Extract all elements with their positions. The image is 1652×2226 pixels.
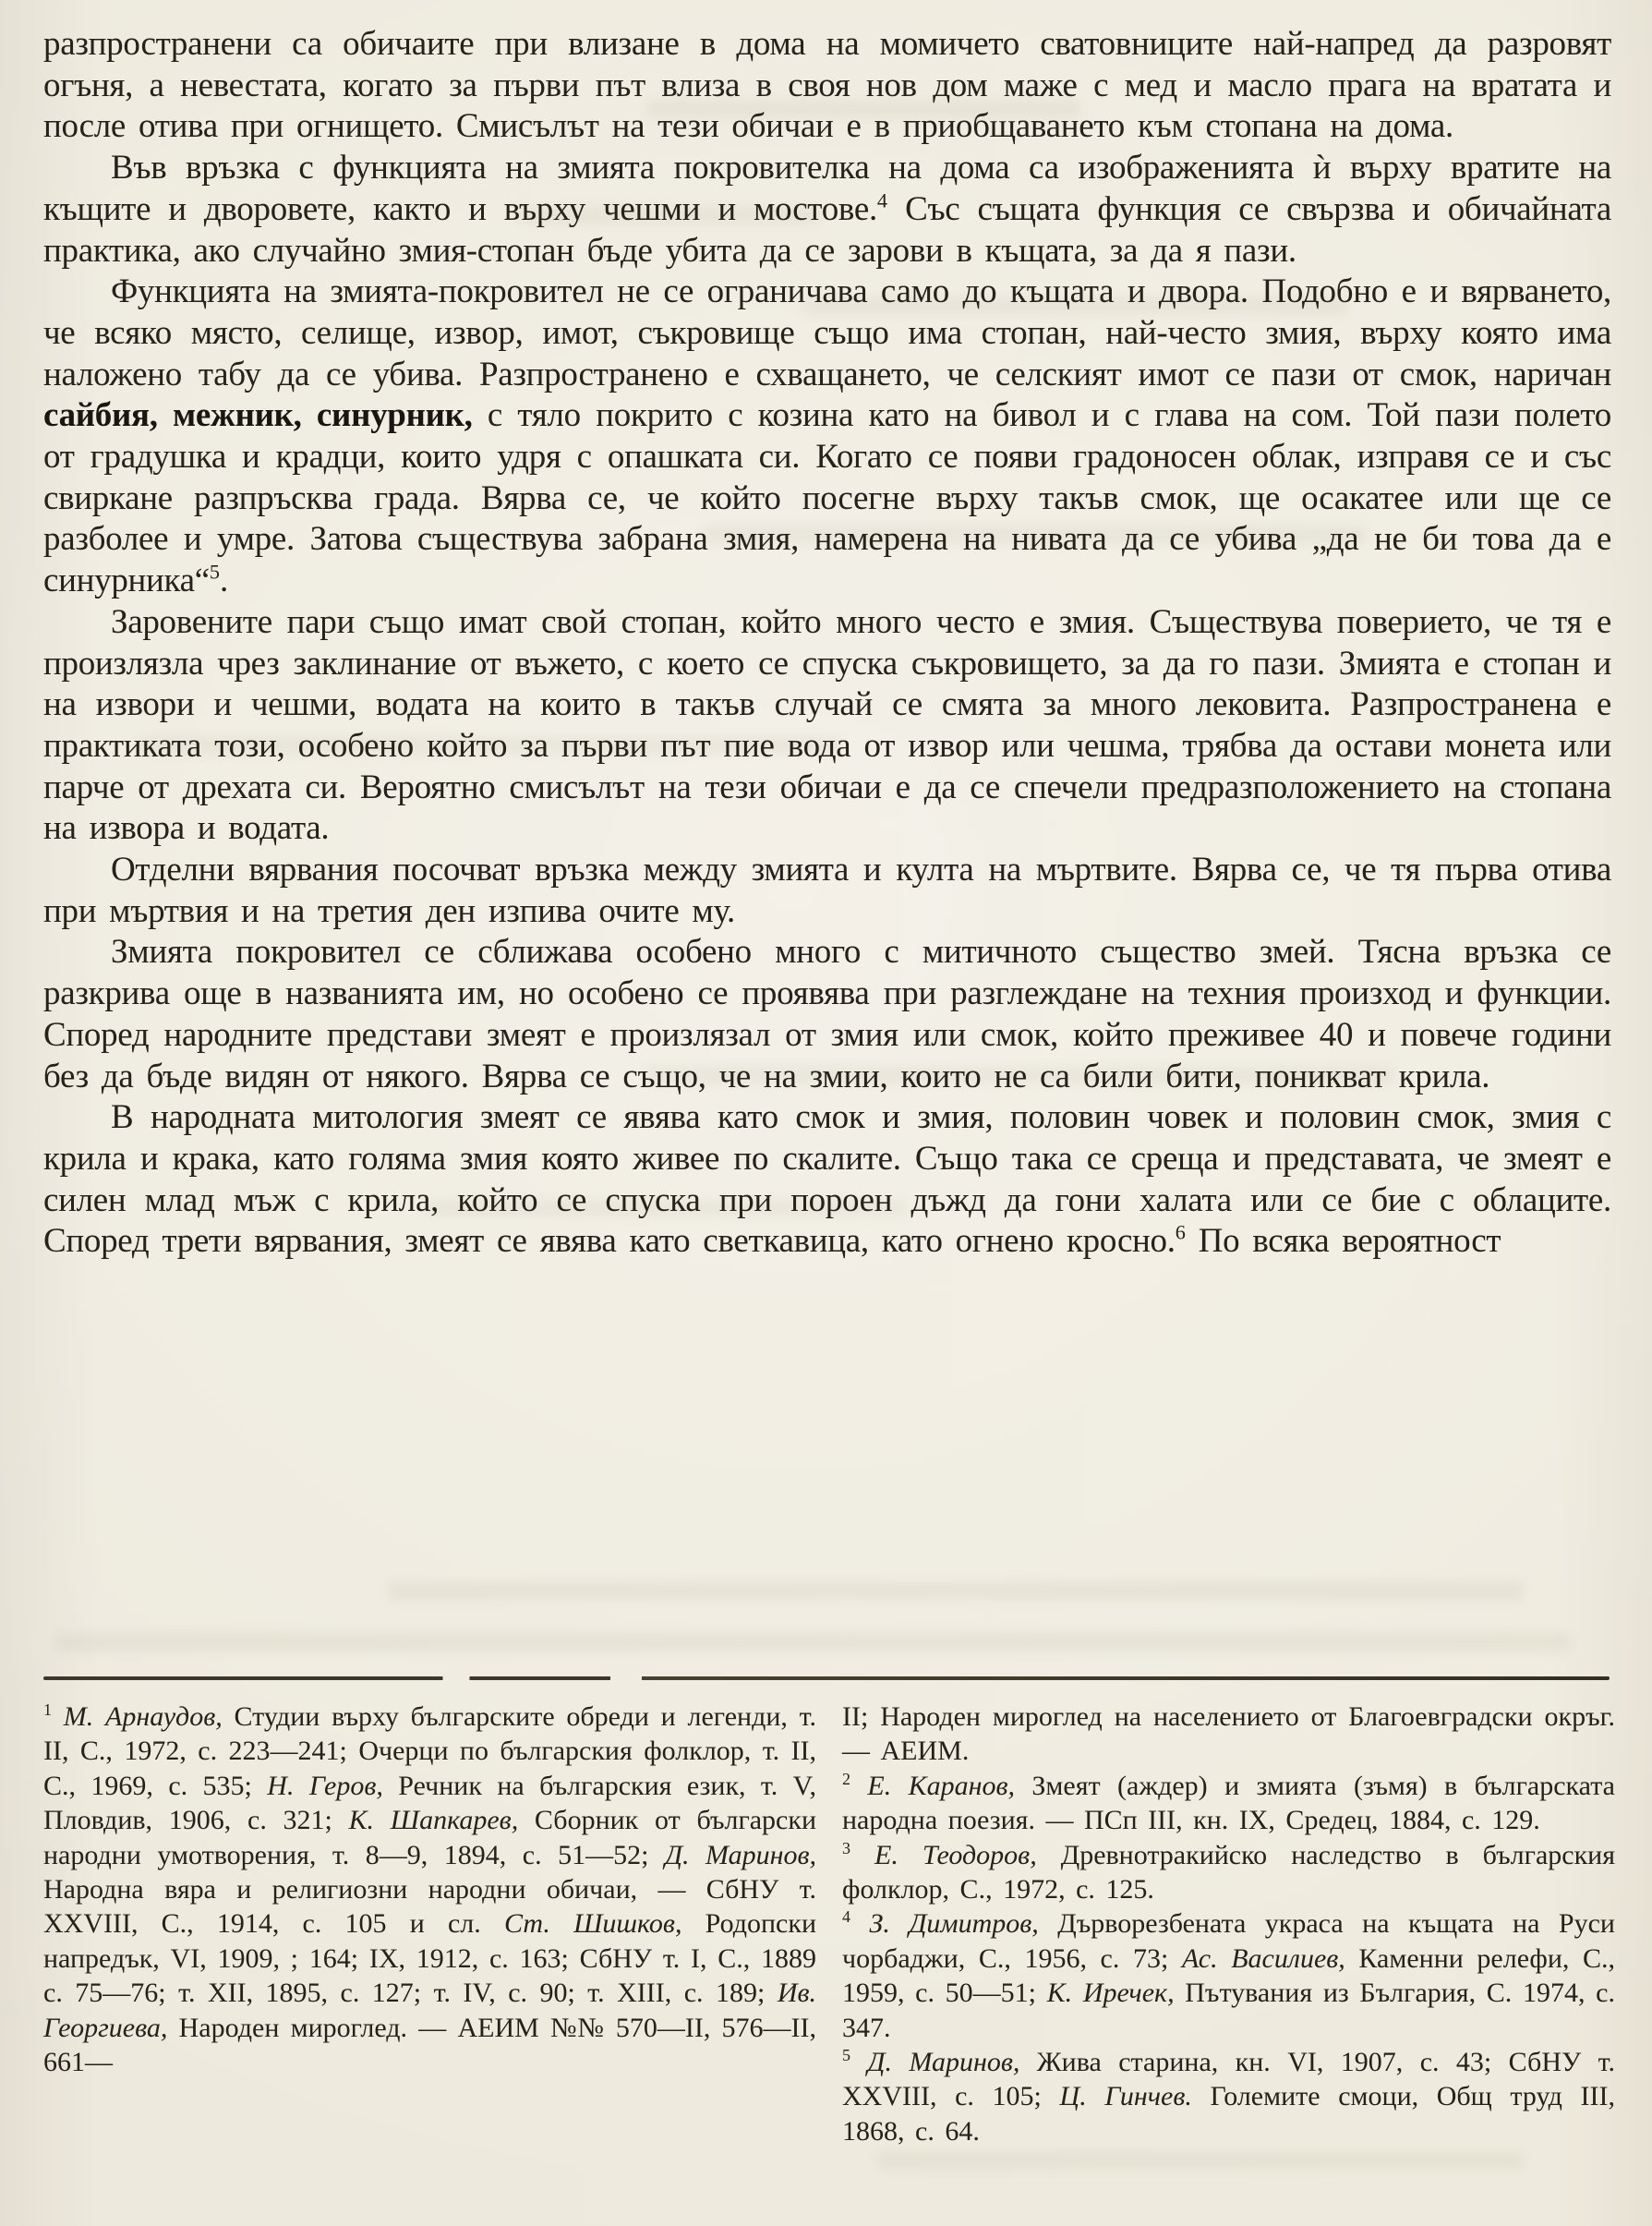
text-segment: Заровените пари също имат свой стопан, к… [43, 603, 1611, 848]
text-segment: . [220, 562, 228, 599]
text-segment: II; Народен мироглед на населението от Б… [842, 1701, 1615, 1766]
text-segment: М. Арнаудов, [52, 1701, 223, 1732]
text-segment: К. Шапкарев, [349, 1805, 519, 1835]
text-segment: Ц. Гинчев. [1060, 2081, 1192, 2111]
footnotes: 1 М. Арнаудов, Студии върху българските … [43, 1700, 1615, 2219]
paragraph: Змията покровител се сближава особено мн… [43, 932, 1611, 1097]
text-segment: По всяка вероятност [1186, 1222, 1501, 1260]
text-segment: 5 [842, 2046, 850, 2064]
text-segment: Ас. Василиев, [1182, 1943, 1345, 1974]
text-segment: Е. Теодоров, [850, 1840, 1037, 1870]
footnote: 2 Е. Каранов, Змеят (аждер) и змията (зъ… [842, 1769, 1615, 1838]
paragraph: Функцията на змията-покровител не се огр… [43, 272, 1611, 602]
text-segment: 1 [43, 1700, 52, 1719]
body-text: разпространени са обичаите при влизане в… [43, 24, 1611, 1263]
footnote: 1 М. Арнаудов, Студии върху българските … [43, 1700, 816, 2079]
text-segment: 3 [842, 1839, 850, 1857]
paragraph: Във връзка с функцията на змията покрови… [43, 148, 1611, 272]
text-segment: Д. Маринов, [850, 2047, 1019, 2077]
paragraph: разпространени са обичаите при влизане в… [43, 24, 1611, 148]
text-segment: 4 [877, 188, 887, 212]
paragraph: Заровените пари също имат свой стопан, к… [43, 602, 1611, 850]
footnote-separator-rule [43, 1676, 1610, 1680]
bleed-through-artifact [388, 1581, 1524, 1600]
text-segment: сайбия, межник, синурник, [43, 396, 473, 434]
footnote: 3 Е. Теодоров, Древнотракийско наследств… [842, 1838, 1615, 1907]
footnotes-left-column: 1 М. Арнаудов, Студии върху българските … [43, 1700, 816, 2219]
text-segment: разпространени са обичаите при влизане в… [43, 25, 1611, 145]
paragraph: Отделни вярвания посочват връзка между з… [43, 850, 1611, 932]
footnote: 4 З. Димитров, Дърворезбената украса на … [842, 1906, 1615, 2045]
footnote: II; Народен мироглед на населението от Б… [842, 1700, 1615, 1769]
scanned-book-page: разпространени са обичаите при влизане в… [0, 0, 1652, 2226]
text-segment: 4 [842, 1907, 850, 1926]
text-segment: Отделни вярвания посочват връзка между з… [43, 851, 1611, 930]
text-segment: Функцията на змията-покровител не се огр… [43, 272, 1611, 393]
text-segment: 6 [1176, 1221, 1186, 1244]
footnote: 5 Д. Маринов, Жива старина, кн. VI, 1907… [842, 2045, 1615, 2148]
text-segment: Е. Каранов, [850, 1771, 1015, 1801]
footnotes-right-column: II; Народен мироглед на населението от Б… [842, 1700, 1615, 2219]
text-segment: 2 [842, 1770, 850, 1788]
text-segment: Д. Маринов, [665, 1840, 816, 1870]
text-segment: З. Димитров, [850, 1908, 1039, 1939]
text-segment: Змията покровител се сближава особено мн… [43, 933, 1611, 1095]
bleed-through-artifact [55, 1633, 1570, 1651]
text-segment: Ст. Шишков, [504, 1908, 682, 1939]
text-segment: Н. Геров, [267, 1771, 383, 1801]
text-segment: К. Иречек, [1047, 1978, 1175, 2008]
paragraph: В народната митология змеят се явява кат… [43, 1097, 1611, 1263]
text-segment: 5 [210, 561, 220, 584]
